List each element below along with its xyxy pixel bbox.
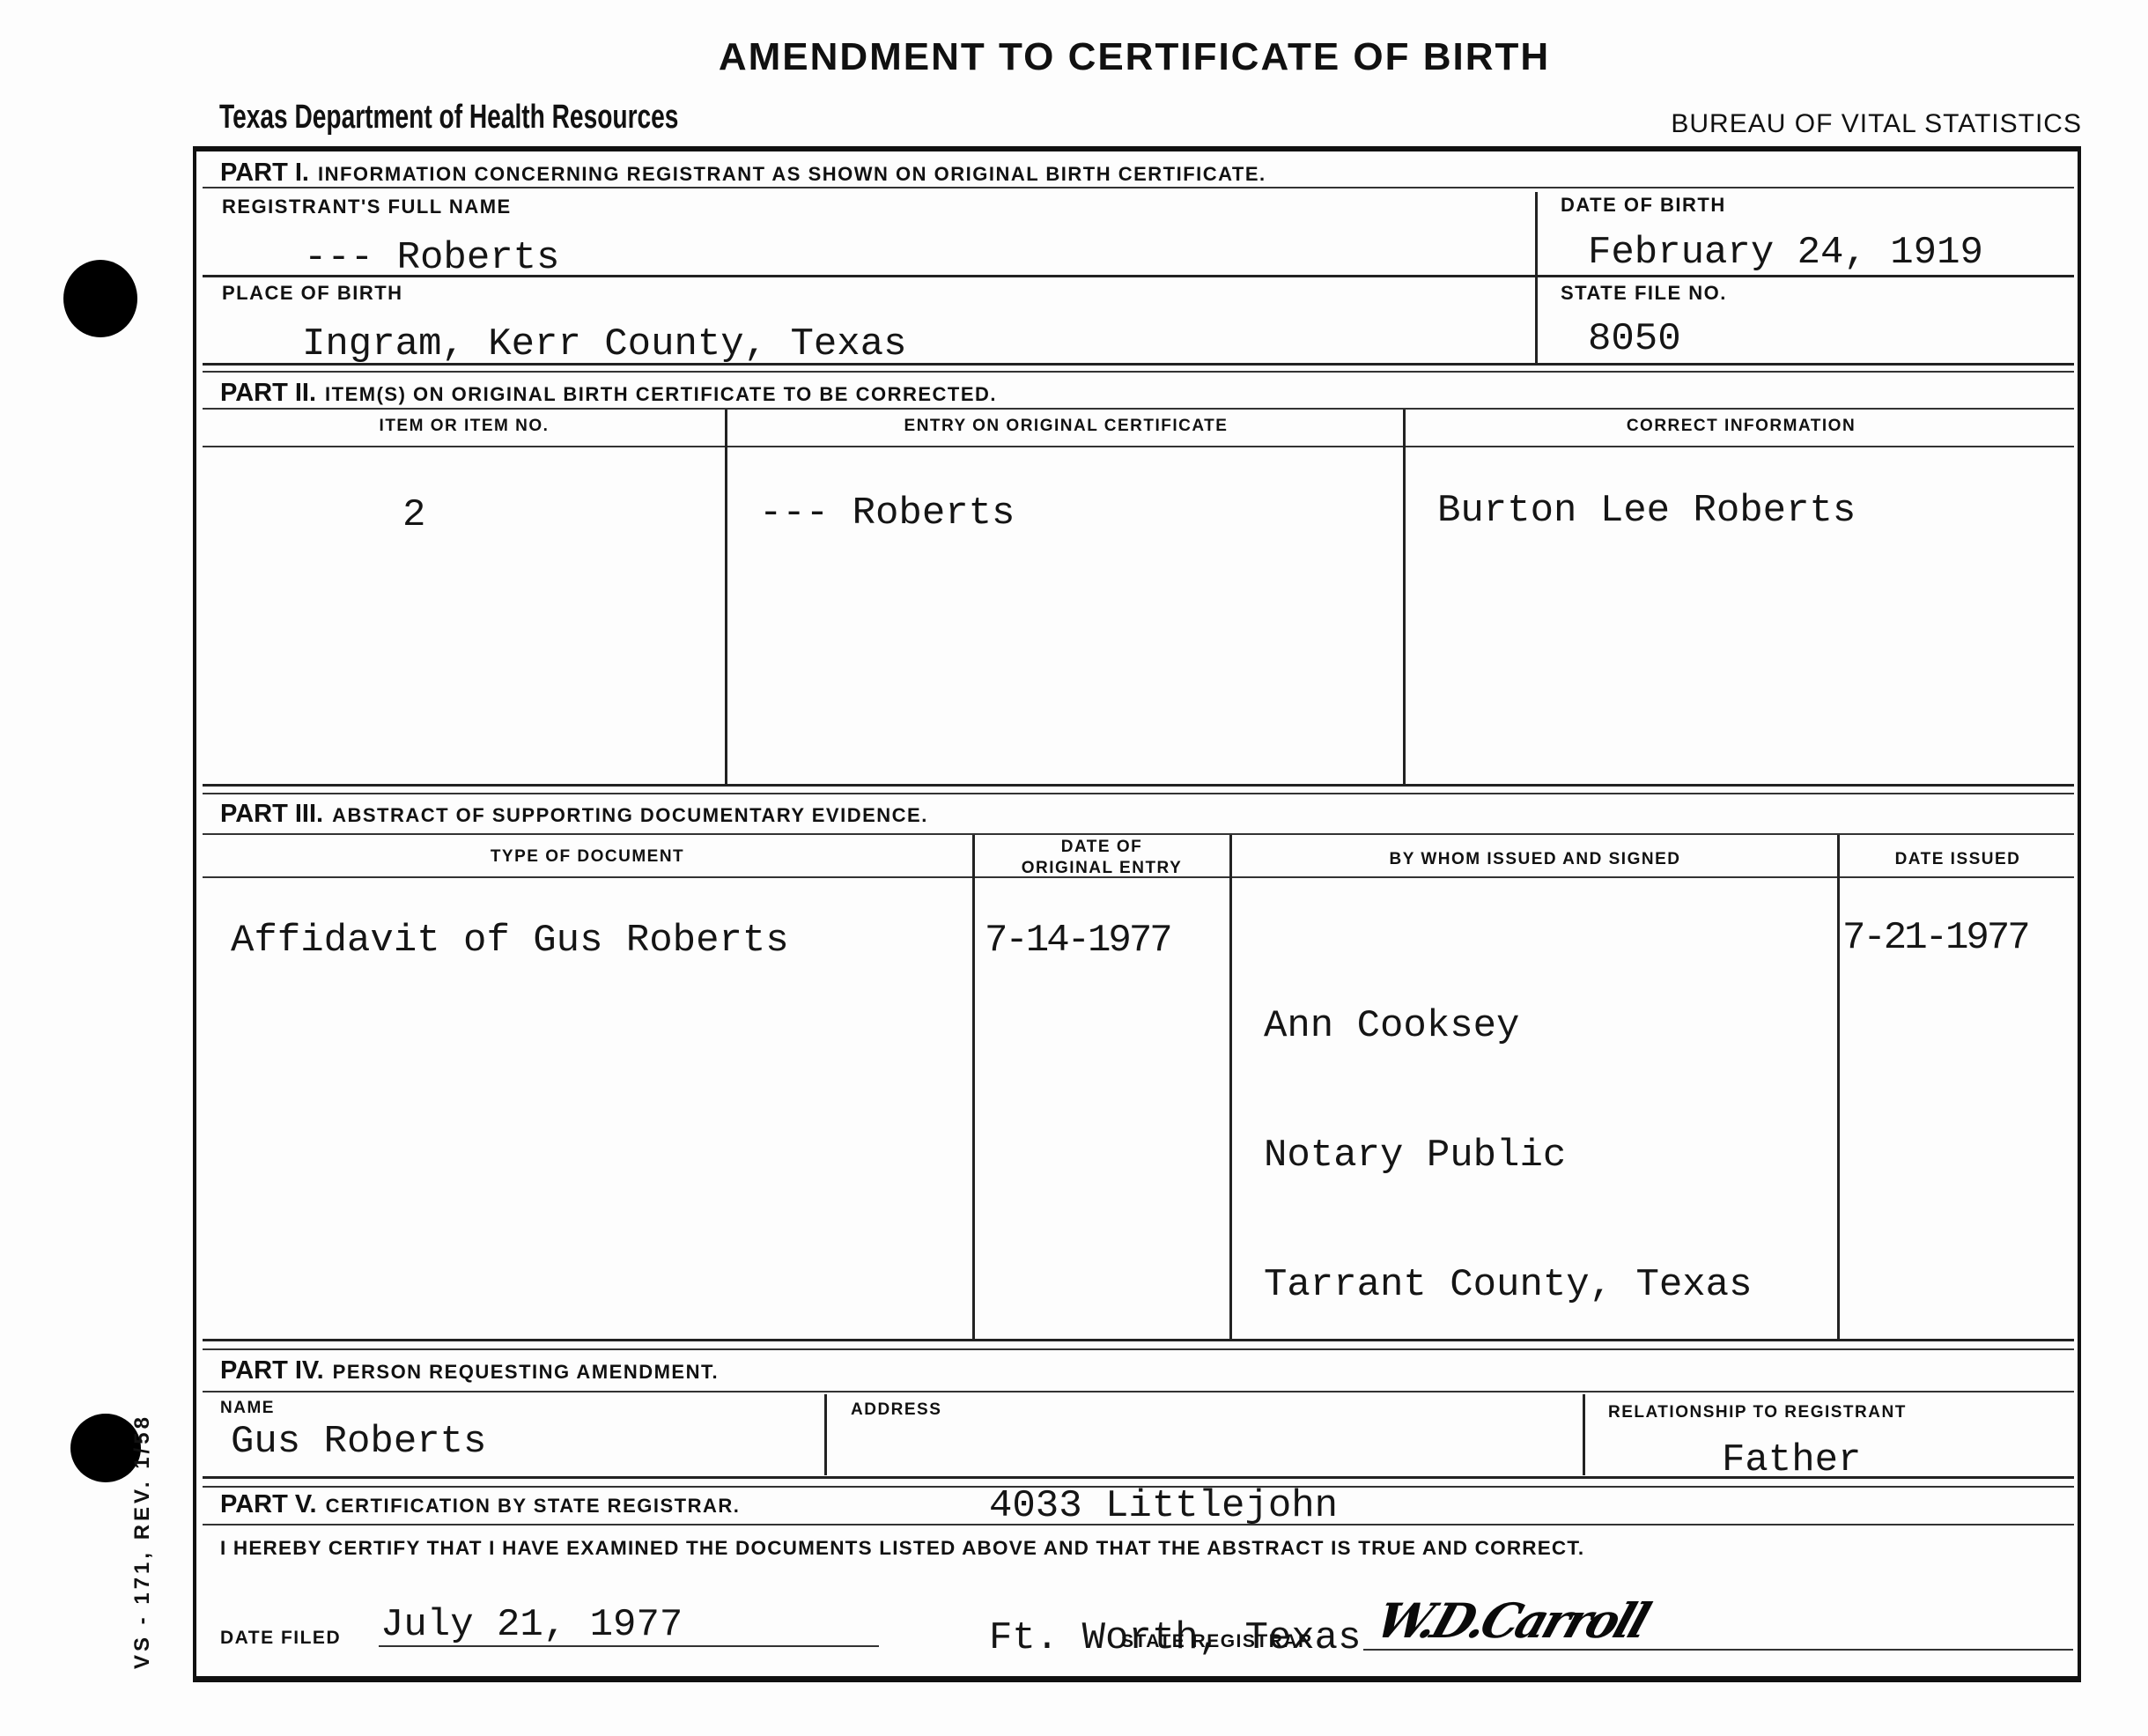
- part2-subheading: ITEM(S) ON ORIGINAL BIRTH CERTIFICATE TO…: [325, 383, 997, 405]
- part4-subheading: PERSON REQUESTING AMENDMENT.: [333, 1361, 719, 1383]
- issued-by-line: Ann Cooksey: [1264, 1005, 1753, 1048]
- divider: [203, 1391, 2074, 1392]
- state-registrar-label: STATE REGISTRAR: [1121, 1631, 1313, 1652]
- registrant-name-value: --- Roberts: [304, 236, 559, 280]
- state-file-no-label: STATE FILE NO.: [1561, 282, 1727, 305]
- place-of-birth-label: PLACE OF BIRTH: [222, 282, 403, 305]
- part2-heading: PART II.ITEM(S) ON ORIGINAL BIRTH CERTIF…: [220, 379, 997, 408]
- part5-label: PART V.: [220, 1490, 317, 1518]
- divider: [1837, 835, 1840, 1339]
- divider: [203, 187, 2074, 188]
- divider: [1403, 410, 1406, 784]
- document-title: AMENDMENT TO CERTIFICATE OF BIRTH: [0, 35, 2148, 79]
- divider: [203, 784, 2074, 787]
- divider: [1535, 192, 1538, 365]
- divider: [203, 793, 2074, 794]
- part1-label: PART I.: [220, 159, 309, 187]
- part3-label: PART III.: [220, 800, 323, 828]
- divider: [824, 1394, 827, 1475]
- requester-name-label: NAME: [220, 1399, 275, 1418]
- part4-label: PART IV.: [220, 1356, 324, 1385]
- requester-name-value: Gus Roberts: [231, 1420, 486, 1464]
- date-of-birth-label: DATE OF BIRTH: [1561, 194, 1726, 217]
- part4-heading: PART IV.PERSON REQUESTING AMENDMENT.: [220, 1356, 719, 1385]
- divider: [203, 1524, 2074, 1525]
- correct-info-value: Burton Lee Roberts: [1437, 489, 1856, 533]
- divider: [203, 1476, 2074, 1479]
- address-line: 4033 Littlejohn: [989, 1484, 1361, 1528]
- divider: [203, 408, 2074, 410]
- column-header-item-no: ITEM OR ITEM NO.: [203, 417, 726, 436]
- divider: [972, 835, 975, 1339]
- divider: [203, 833, 2074, 835]
- divider: [203, 876, 2074, 878]
- divider: [203, 371, 2074, 373]
- part5-heading: PART V.CERTIFICATION BY STATE REGISTRAR.: [220, 1490, 740, 1519]
- address-label: ADDRESS: [851, 1400, 941, 1420]
- column-header-date-issued: DATE ISSUED: [1840, 850, 2076, 869]
- divider: [203, 446, 2074, 447]
- part3-heading: PART III.ABSTRACT OF SUPPORTING DOCUMENT…: [220, 800, 928, 829]
- divider: [1583, 1394, 1585, 1475]
- agency-name: Texas Department of Health Resources: [219, 99, 678, 137]
- part1-heading: PART I.INFORMATION CONCERNING REGISTRANT…: [220, 159, 1266, 188]
- date-filed-label: DATE FILED: [220, 1628, 341, 1649]
- registrar-signature-line: [1363, 1649, 2073, 1651]
- hole-punch-top: [63, 260, 137, 337]
- column-header-correct-info: CORRECT INFORMATION: [1406, 417, 2076, 436]
- bureau-name: BUREAU OF VITAL STATISTICS: [1671, 109, 2082, 139]
- column-header-document-type: TYPE OF DOCUMENT: [203, 847, 972, 867]
- issued-by-line: Notary Public: [1264, 1134, 1753, 1178]
- part1-subheading: INFORMATION CONCERNING REGISTRANT AS SHO…: [318, 163, 1266, 185]
- registrar-signature: W.D.Carroll: [1369, 1592, 1654, 1649]
- place-of-birth-value: Ingram, Kerr County, Texas: [302, 322, 907, 366]
- certification-text: I HEREBY CERTIFY THAT I HAVE EXAMINED TH…: [220, 1537, 1584, 1560]
- form-id: VS - 171, REV. 1/58: [130, 1414, 155, 1669]
- date-filed-value: July 21, 1977: [380, 1603, 683, 1647]
- date-filed-line: [379, 1645, 879, 1647]
- column-header-date-original-entry: DATE OF ORIGINAL ENTRY: [974, 837, 1229, 879]
- part5-subheading: CERTIFICATION BY STATE REGISTRAR.: [326, 1495, 741, 1517]
- part3-subheading: ABSTRACT OF SUPPORTING DOCUMENTARY EVIDE…: [332, 804, 928, 826]
- divider: [203, 1339, 2074, 1341]
- date-of-birth-value: February 24, 1919: [1588, 231, 1983, 275]
- original-entry-value: --- Roberts: [759, 491, 1015, 536]
- divider: [203, 1486, 2074, 1488]
- registrant-name-label: REGISTRANT'S FULL NAME: [222, 196, 512, 218]
- document-type-value: Affidavit of Gus Roberts: [231, 919, 789, 963]
- date-original-entry-value: 7-14-1977: [985, 919, 1170, 963]
- issued-by-value: Ann Cooksey Notary Public Tarrant County…: [1264, 919, 1753, 1350]
- column-header-line: DATE OF: [974, 837, 1229, 858]
- date-issued-value: 7-21-1977: [1842, 916, 2028, 960]
- issued-by-line: Tarrant County, Texas: [1264, 1264, 1753, 1307]
- column-header-original-entry: ENTRY ON ORIGINAL CERTIFICATE: [728, 417, 1404, 436]
- column-header-issued-by: BY WHOM ISSUED AND SIGNED: [1232, 850, 1838, 869]
- relationship-label: RELATIONSHIP TO REGISTRANT: [1608, 1403, 1907, 1422]
- item-no-value: 2: [402, 493, 425, 537]
- divider: [203, 1348, 2074, 1350]
- divider: [203, 363, 2074, 366]
- divider: [1229, 835, 1232, 1339]
- state-file-no-value: 8050: [1588, 317, 1681, 361]
- divider: [725, 410, 727, 784]
- part2-label: PART II.: [220, 379, 316, 407]
- divider: [203, 275, 2074, 277]
